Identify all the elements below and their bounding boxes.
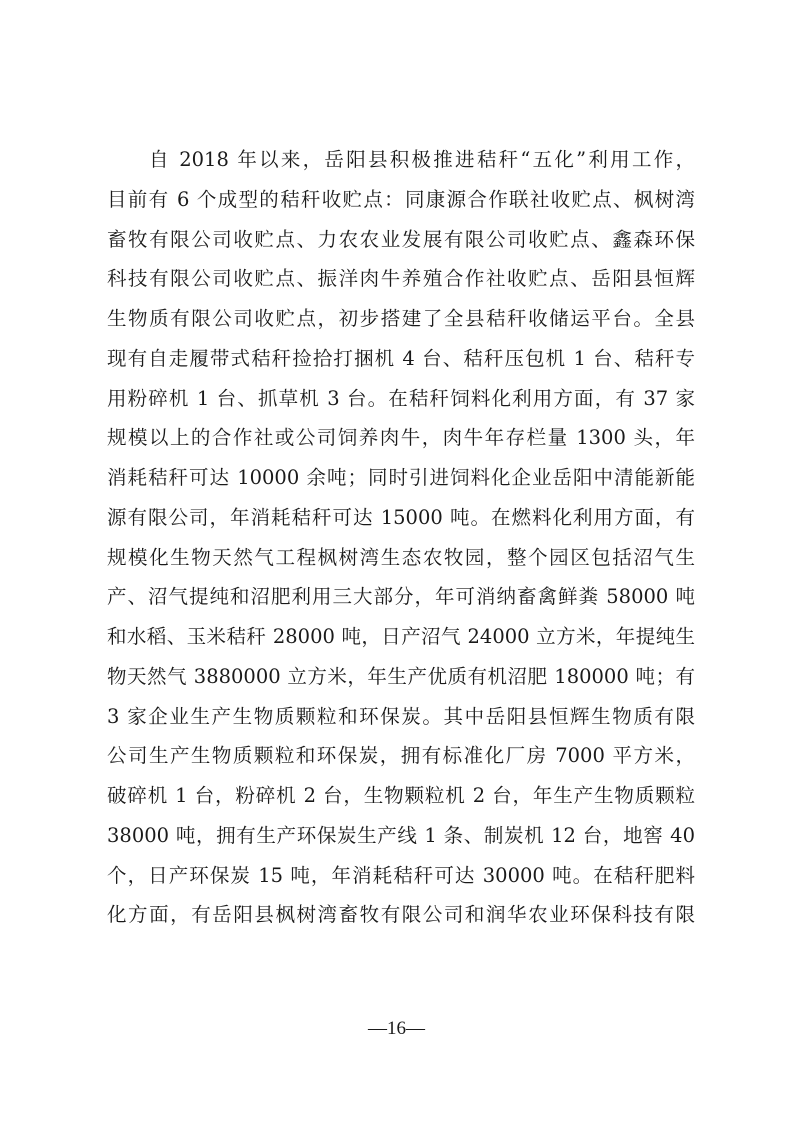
paragraph-line: 破碎机 1 台，粉碎机 2 台，生物颗粒机 2 台，年生产生物质颗粒: [107, 776, 695, 816]
paragraph-line: 物天然气 3880000 立方米，年生产优质有机沼肥 180000 吨；有: [107, 657, 695, 697]
paragraph-line: 3 家企业生产生物质颗粒和环保炭。其中岳阳县恒辉生物质有限: [107, 697, 695, 737]
paragraph-line: 消耗秸秆可达 10000 余吨；同时引进饲料化企业岳阳中清能新能: [107, 458, 695, 498]
paragraph-line: 目前有 6 个成型的秸秆收贮点：同康源合作联社收贮点、枫树湾: [107, 180, 695, 220]
paragraph-line: 公司生产生物质颗粒和环保炭，拥有标准化厂房 7000 平方米，: [107, 736, 695, 776]
paragraph-line: 38000 吨，拥有生产环保炭生产线 1 条、制炭机 12 台，地窖 40: [107, 816, 695, 856]
paragraph-line: 生物质有限公司收贮点，初步搭建了全县秸秆收储运平台。全县: [107, 299, 695, 339]
paragraph-line: 化方面，有岳阳县枫树湾畜牧有限公司和润华农业环保科技有限: [107, 895, 695, 935]
paragraph-line: 产、沼气提纯和沼肥利用三大部分，年可消纳畜禽鲜粪 58000 吨: [107, 577, 695, 617]
paragraph-line: 个，日产环保炭 15 吨，年消耗秸秆可达 30000 吨。在秸秆肥料: [107, 856, 695, 896]
paragraph-line: 规模以上的合作社或公司饲养肉牛，肉牛年存栏量 1300 头，年: [107, 418, 695, 458]
paragraph-line: 畜牧有限公司收贮点、力农农业发展有限公司收贮点、鑫森环保: [107, 220, 695, 260]
paragraph-line: 和水稻、玉米秸秆 28000 吨，日产沼气 24000 立方米，年提纯生: [107, 617, 695, 657]
paragraph-line: 现有自走履带式秸秆捡拾打捆机 4 台、秸秆压包机 1 台、秸秆专: [107, 339, 695, 379]
page-number: —16—: [0, 1018, 793, 1040]
document-page: 自 2018 年以来，岳阳县积极推进秸秆“五化”利用工作， 目前有 6 个成型的…: [0, 0, 793, 1122]
paragraph-line: 自 2018 年以来，岳阳县积极推进秸秆“五化”利用工作，: [107, 140, 695, 180]
paragraph-line: 规模化生物天然气工程枫树湾生态农牧园，整个园区包括沼气生: [107, 538, 695, 578]
paragraph-line: 科技有限公司收贮点、振洋肉牛养殖合作社收贮点、岳阳县恒辉: [107, 259, 695, 299]
paragraph-line: 源有限公司，年消耗秸秆可达 15000 吨。在燃料化利用方面，有: [107, 498, 695, 538]
body-paragraph: 自 2018 年以来，岳阳县积极推进秸秆“五化”利用工作， 目前有 6 个成型的…: [107, 140, 695, 935]
paragraph-line: 用粉碎机 1 台、抓草机 3 台。在秸秆饲料化利用方面，有 37 家: [107, 379, 695, 419]
